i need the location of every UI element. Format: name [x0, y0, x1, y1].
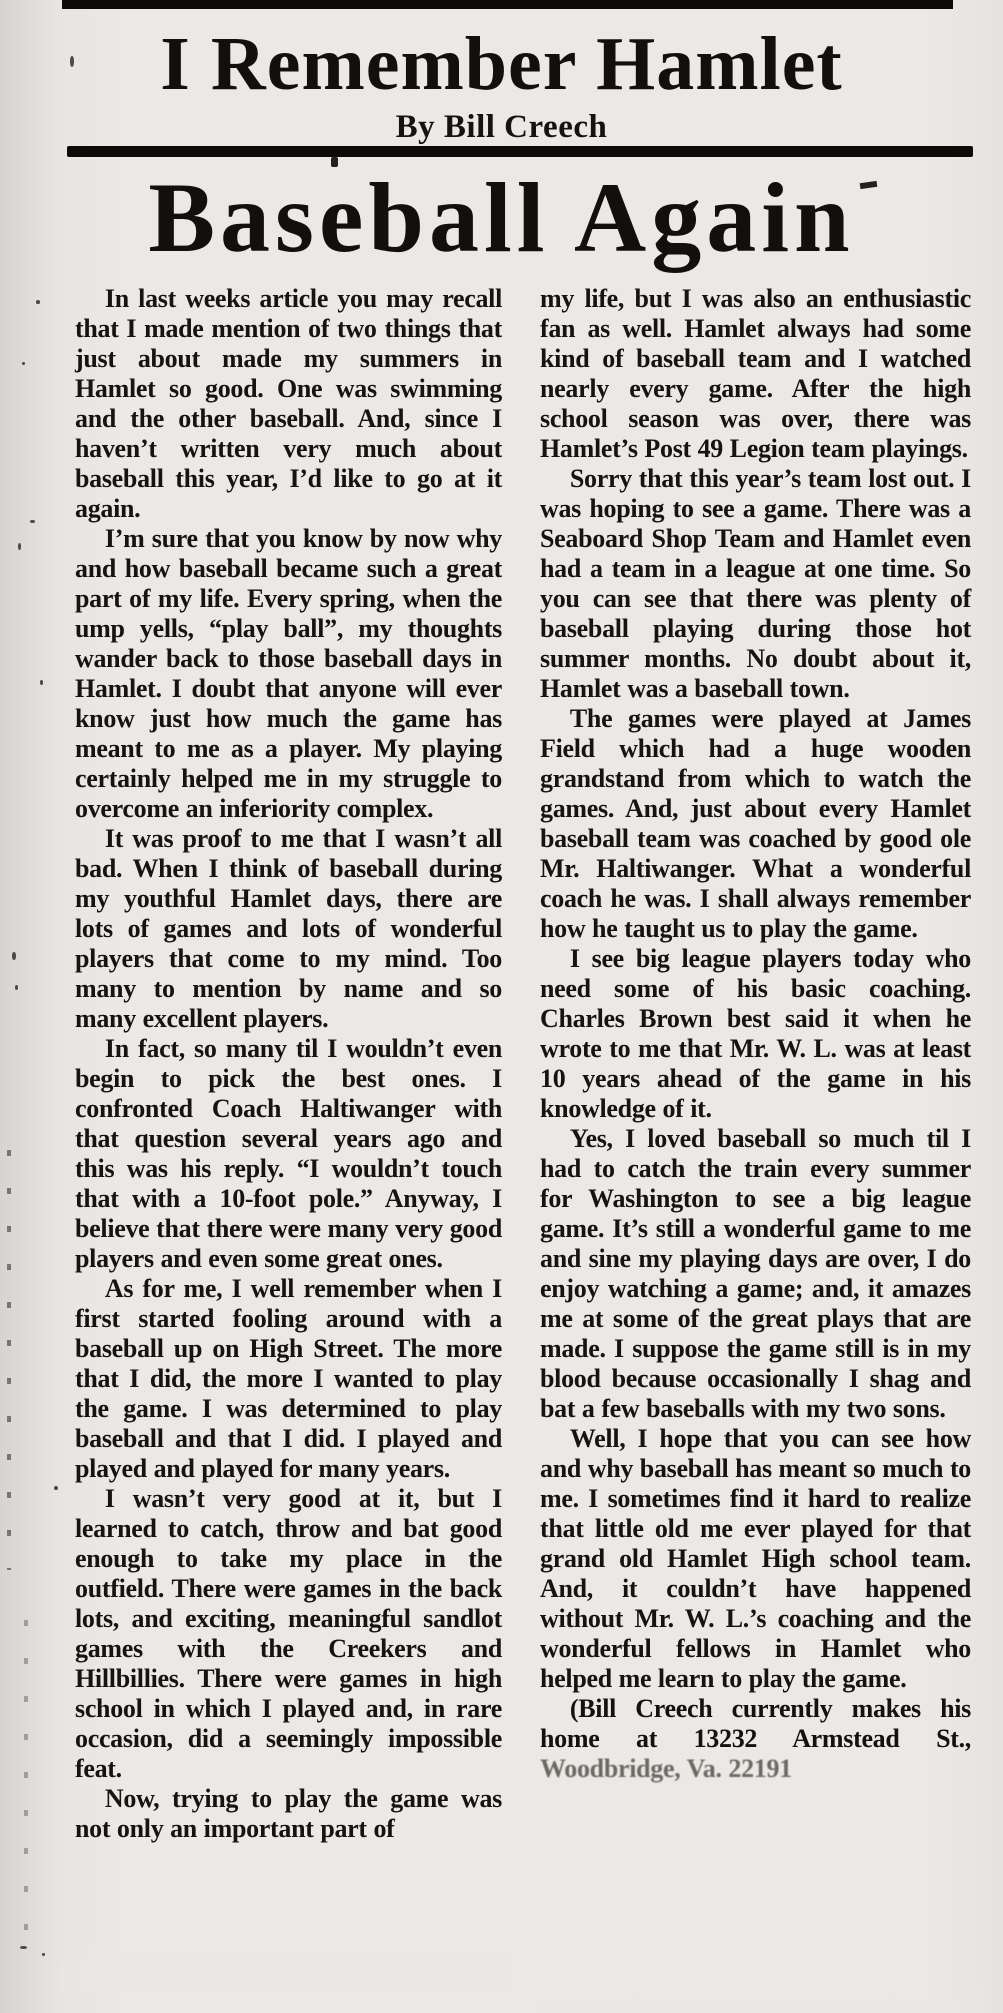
- scan-speck: [30, 520, 35, 523]
- paragraph: As for me, I well remember when I first …: [75, 1274, 502, 1484]
- right-column: my life, but I was also an enthusiastic …: [540, 284, 971, 1844]
- scan-speck: [42, 1953, 45, 1956]
- paragraph: I’m sure that you know by now why and ho…: [75, 524, 502, 824]
- scan-speck: [15, 985, 18, 990]
- paragraph: Sorry that this year’s team lost out. I …: [540, 464, 971, 704]
- right-column-paragraphs: my life, but I was also an enthusiastic …: [540, 284, 971, 1694]
- paragraph: Yes, I loved baseball so much til I had …: [540, 1124, 971, 1424]
- closing-note-line1: (Bill Creech currently makes his home at…: [540, 1694, 971, 1753]
- scan-speck: [40, 680, 43, 685]
- top-rule: [62, 0, 953, 9]
- paragraph: I wasn’t very good at it, but I learned …: [75, 1484, 502, 1784]
- closing-note-address: Woodbridge, Va. 22191: [540, 1754, 792, 1783]
- masthead: I Remember Hamlet By Bill Creech: [0, 26, 1003, 144]
- paragraph: Well, I hope that you can see how and wh…: [540, 1424, 971, 1694]
- scan-speck: [54, 1486, 58, 1490]
- scan-speck: [70, 56, 74, 67]
- article-body: In last weeks article you may recall tha…: [75, 284, 971, 1844]
- paragraph: Now, trying to play the game was not onl…: [75, 1784, 502, 1844]
- scan-dotted-edge: [24, 1620, 28, 1950]
- divider-rule: [67, 146, 973, 157]
- article-headline: Baseball Again: [0, 168, 1003, 268]
- scan-dotted-edge: [7, 1150, 11, 1570]
- paragraph: I see big league players today who need …: [540, 944, 971, 1124]
- paragraph: my life, but I was also an enthusiastic …: [540, 284, 971, 464]
- byline: By Bill Creech: [0, 111, 1003, 144]
- left-column: In last weeks article you may recall tha…: [75, 284, 502, 1844]
- scan-fade: [535, 1958, 985, 2013]
- scan-speck: [22, 362, 25, 365]
- scan-mark: [331, 157, 338, 167]
- closing-note: (Bill Creech currently makes his home at…: [540, 1694, 971, 1784]
- paragraph: It was proof to me that I wasn’t all bad…: [75, 824, 502, 1034]
- column-title: I Remember Hamlet: [0, 26, 1003, 102]
- newspaper-page: I Remember Hamlet By Bill Creech Basebal…: [0, 0, 1003, 2013]
- paragraph: The games were played at James Field whi…: [540, 704, 971, 944]
- paragraph: In last weeks article you may recall tha…: [75, 284, 502, 524]
- scan-speck: [12, 952, 16, 960]
- paragraph: In fact, so many til I wouldn’t even beg…: [75, 1034, 502, 1274]
- scan-speck: [36, 300, 40, 304]
- scan-fade: [60, 1932, 512, 1992]
- scan-speck: [18, 543, 21, 550]
